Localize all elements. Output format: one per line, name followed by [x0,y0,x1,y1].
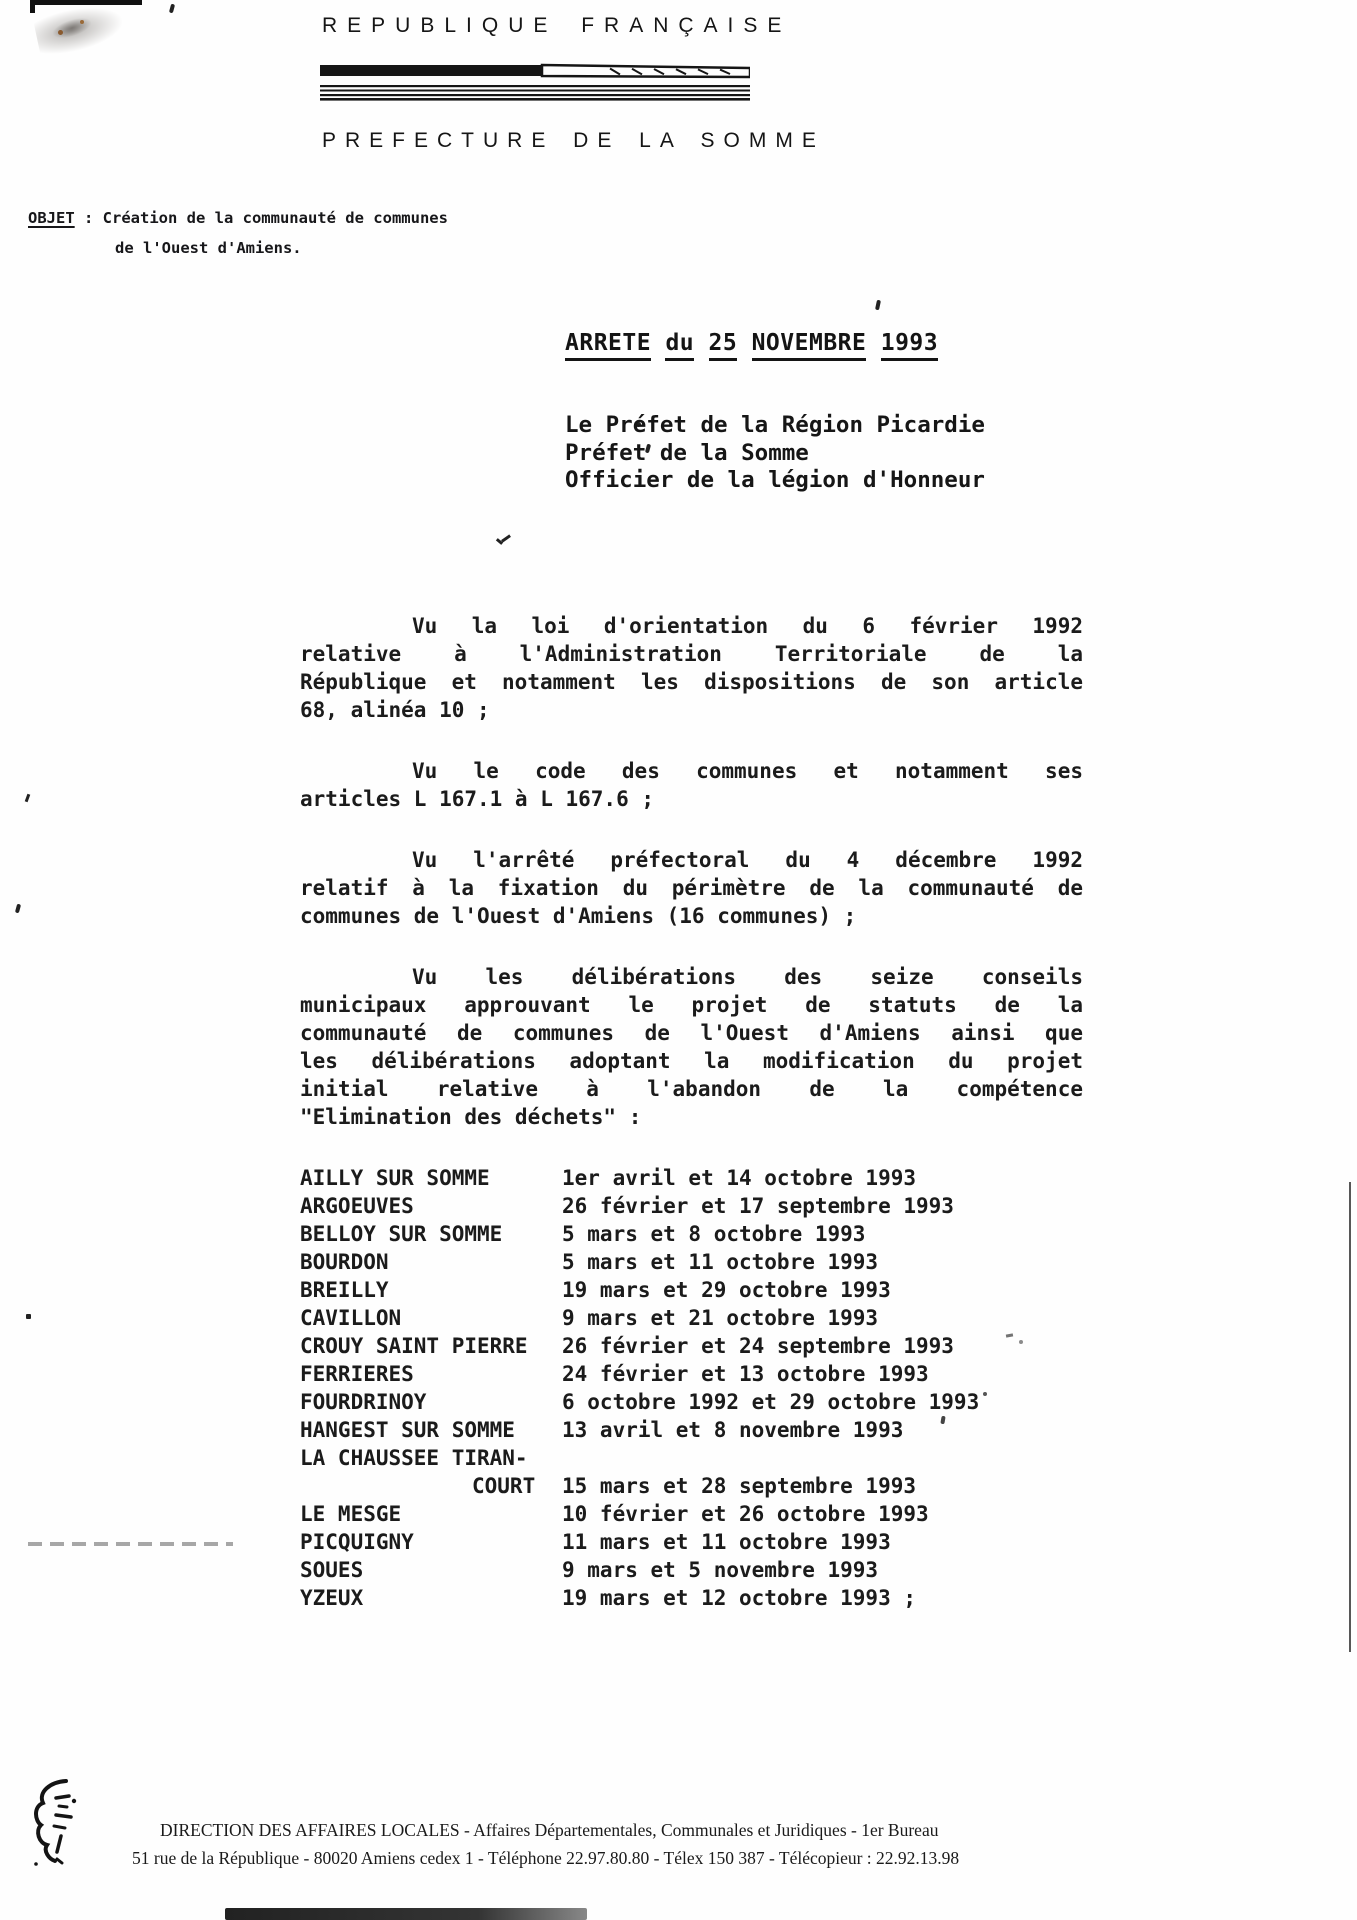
paragraph-line: relatif à la fixation du périmètre de la… [300,874,1083,902]
issuer-block: Le Préfet de la Région PicardiePréfet de… [565,412,985,495]
footer-address: 51 rue de la République - 80020 Amiens c… [132,1848,959,1869]
title-word: NOVEMBRE [752,330,867,361]
commune-dates: 5 mars et 11 octobre 1993 [562,1250,878,1274]
objet-line1: OBJET : Création de la communauté de com… [28,203,448,233]
paragraph-line: municipaux approuvant le projet de statu… [300,991,1083,1019]
scan-artifact [875,300,881,311]
commune-row: PICQUIGNY11 mars et 11 octobre 1993 [300,1528,1083,1556]
commune-dates: 24 février et 13 octobre 1993 [562,1362,929,1386]
paragraph: Vu la loi d'orientation du 6 février 199… [300,612,1083,724]
paragraph-line: Vu la loi d'orientation du 6 février 199… [300,612,1083,640]
scan-corner-mark [30,0,35,13]
commune-dates: 26 février et 17 septembre 1993 [562,1194,954,1218]
commune-name: COURT [300,1472,562,1500]
communes-list: AILLY SUR SOMME1er avril et 14 octobre 1… [300,1164,1083,1612]
commune-name: BOURDON [300,1248,562,1276]
issuer-line: Le Préfet de la Région Picardie [565,412,985,440]
commune-name: HANGEST SUR SOMME [300,1416,562,1444]
commune-dates: 13 avril et 8 novembre 1993 [562,1418,903,1442]
scan-stain [58,30,63,35]
commune-row: COURT15 mars et 28 septembre 1993 [300,1472,1083,1500]
title-word: 1993 [881,330,938,361]
paragraph-line: 68, alinéa 10 ; [300,696,1083,724]
scan-artifact [501,534,511,542]
commune-dates: 9 mars et 5 novembre 1993 [562,1558,878,1582]
commune-dates: 15 mars et 28 septembre 1993 [562,1474,916,1498]
document-page: REPUBLIQUE FRANÇAISE PREFECTURE DE LA SO… [0,0,1357,1920]
paragraphs: Vu la loi d'orientation du 6 février 199… [300,612,1083,1131]
commune-dates: 5 mars et 8 octobre 1993 [562,1222,865,1246]
title-word: du [665,330,694,361]
paragraph-line: les délibérations adoptant la modificati… [300,1047,1083,1075]
marianne-logo [26,1776,88,1866]
commune-name: LE MESGE [300,1500,562,1528]
paragraph: Vu le code des communes et notamment ses… [300,757,1083,813]
commune-name: AILLY SUR SOMME [300,1164,562,1192]
paragraph-line: République et notamment les dispositions… [300,668,1083,696]
commune-name: SOUES [300,1556,562,1584]
commune-row: CAVILLON9 mars et 21 octobre 1993 [300,1304,1083,1332]
commune-row: AILLY SUR SOMME1er avril et 14 octobre 1… [300,1164,1083,1192]
commune-dates: 19 mars et 12 octobre 1993 ; [562,1586,916,1610]
decorative-rule [320,58,750,104]
commune-row: FERRIERES24 février et 13 octobre 1993 [300,1360,1083,1388]
commune-row: SOUES9 mars et 5 novembre 1993 [300,1556,1083,1584]
decree-body: Vu la loi d'orientation du 6 février 199… [300,612,1083,1612]
commune-row: LA CHAUSSEE TIRAN- [300,1444,1083,1472]
paragraph-line: articles L 167.1 à L 167.6 ; [300,785,1083,813]
title-word: 25 [709,330,738,361]
commune-dates: 9 mars et 21 octobre 1993 [562,1306,878,1330]
footer-direction: DIRECTION DES AFFAIRES LOCALES - Affaire… [160,1820,938,1841]
issuer-line: Préfet de la Somme [565,440,985,468]
header-republic: REPUBLIQUE FRANÇAISE [322,14,791,38]
paragraph-line: "Elimination des déchets" : [300,1103,1083,1131]
commune-dates: 26 février et 24 septembre 1993 [562,1334,954,1358]
commune-row: CROUY SAINT PIERRE26 février et 24 septe… [300,1332,1083,1360]
paragraph-line: initial relative à l'abandon de la compé… [300,1075,1083,1103]
paragraph-line: communauté de communes de l'Ouest d'Amie… [300,1019,1083,1047]
objet-label: OBJET [28,209,75,227]
commune-name: YZEUX [300,1584,562,1612]
decree-title: ARRETE du 25 NOVEMBRE 1993 [565,330,938,356]
scan-artifact [169,4,175,14]
commune-name: FERRIERES [300,1360,562,1388]
issuer-line: Officier de la légion d'Honneur [565,467,985,495]
commune-row: LE MESGE10 février et 26 octobre 1993 [300,1500,1083,1528]
commune-name: BREILLY [300,1276,562,1304]
objet-text: Création de la communauté de communes [103,209,448,227]
commune-row: ARGOEUVES26 février et 17 septembre 1993 [300,1192,1083,1220]
header-prefecture: PREFECTURE DE LA SOMME [322,129,825,153]
commune-row: BREILLY19 mars et 29 octobre 1993 [300,1276,1083,1304]
commune-row: HANGEST SUR SOMME13 avril et 8 novembre … [300,1416,1083,1444]
paragraph-line: Vu l'arrêté préfectoral du 4 décembre 19… [300,846,1083,874]
commune-name: ARGOEUVES [300,1192,562,1220]
commune-name: PICQUIGNY [300,1528,562,1556]
commune-name: LA CHAUSSEE TIRAN- [300,1444,562,1472]
commune-name: BELLOY SUR SOMME [300,1220,562,1248]
title-word: ARRETE [565,330,651,361]
commune-dates: 19 mars et 29 octobre 1993 [562,1278,891,1302]
scan-edge-line [1349,1182,1351,1652]
commune-row: FOURDRINOY6 octobre 1992 et 29 octobre 1… [300,1388,1083,1416]
commune-row: BELLOY SUR SOMME5 mars et 8 octobre 1993 [300,1220,1083,1248]
scan-corner-mark [30,0,142,5]
scan-artifact [25,794,31,803]
commune-name: FOURDRINOY [300,1388,562,1416]
paragraph-line: relative à l'Administration Territoriale… [300,640,1083,668]
scan-artifact [15,904,21,914]
commune-name: CAVILLON [300,1304,562,1332]
paragraph-line: communes de l'Ouest d'Amiens (16 commune… [300,902,1083,930]
scan-artifact [26,1314,31,1319]
objet-separator: : [75,209,103,227]
commune-dates: 1er avril et 14 octobre 1993 [562,1166,916,1190]
objet-block: OBJET : Création de la communauté de com… [28,203,448,263]
commune-name: CROUY SAINT PIERRE [300,1332,562,1360]
paragraph-line: Vu les délibérations des seize conseils [300,963,1083,991]
objet-line2: de l'Ouest d'Amiens. [28,233,448,263]
scan-artifact [28,1542,233,1546]
commune-row: YZEUX19 mars et 12 octobre 1993 ; [300,1584,1083,1612]
commune-row: BOURDON5 mars et 11 octobre 1993 [300,1248,1083,1276]
paragraph: Vu l'arrêté préfectoral du 4 décembre 19… [300,846,1083,930]
commune-dates: 6 octobre 1992 et 29 octobre 1993 [562,1390,979,1414]
scan-stain [80,20,84,24]
paragraph-line: Vu le code des communes et notamment ses [300,757,1083,785]
scan-bottom-bar [225,1908,587,1920]
paragraph: Vu les délibérations des seize conseilsm… [300,963,1083,1131]
commune-dates: 10 février et 26 octobre 1993 [562,1502,929,1526]
commune-dates: 11 mars et 11 octobre 1993 [562,1530,891,1554]
